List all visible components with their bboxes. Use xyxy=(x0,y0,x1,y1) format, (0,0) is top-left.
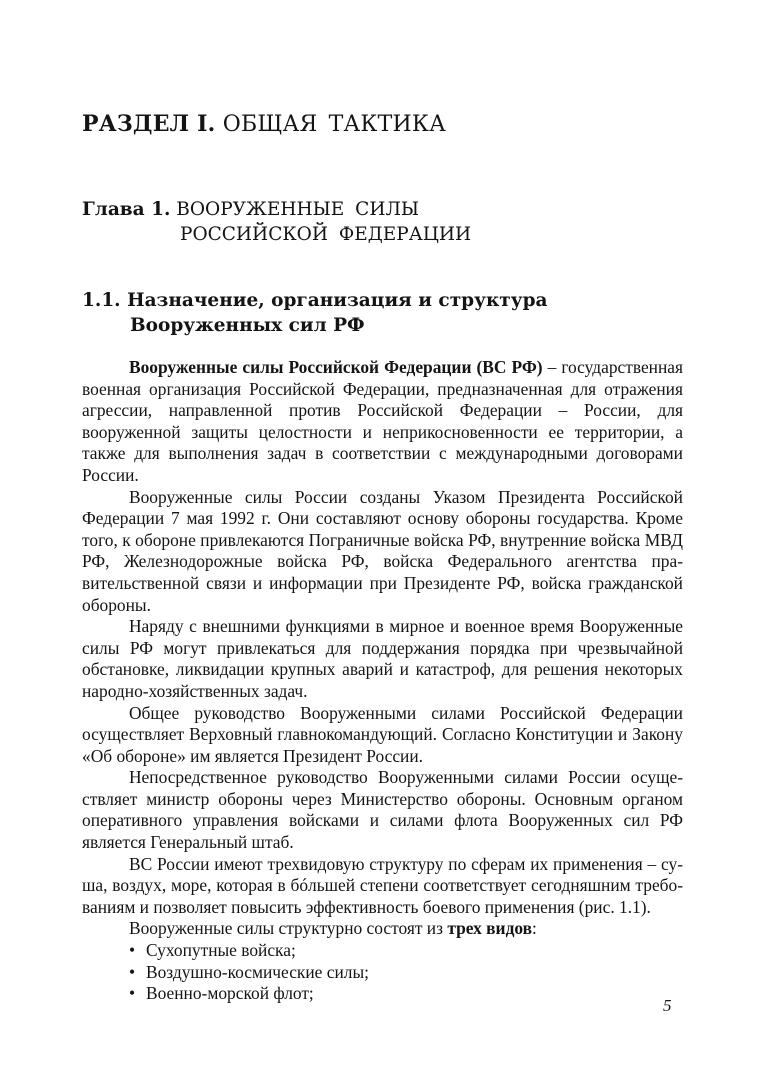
paragraph: Общее руководство Вооруженными силами Ро… xyxy=(82,703,683,768)
book-page: РАЗДЕЛ I. ОБЩАЯ ТАКТИКА Глава 1. ВООРУЖЕ… xyxy=(0,0,763,1080)
section-number: 1.1. xyxy=(82,290,121,311)
chapter-label: Глава 1. xyxy=(82,199,170,220)
section-heading: 1.1. Назначение, организация и структура… xyxy=(82,288,548,338)
part-heading: РАЗДЕЛ I. ОБЩАЯ ТАКТИКА xyxy=(82,109,446,140)
body-text: Вооруженные силы Российской Федерации (В… xyxy=(82,357,683,1005)
list-item-text: Сухопутные войска; xyxy=(146,940,296,960)
chapter-title-line2: РОССИЙСКОЙ ФЕДЕРАЦИИ xyxy=(82,222,471,247)
list-item: • Военно-морской флот; xyxy=(82,983,683,1005)
list-item: • Сухопутные войска; xyxy=(82,940,683,962)
bullet-icon: • xyxy=(129,940,135,962)
part-label: РАЗДЕЛ I. xyxy=(82,111,216,137)
chapter-title-line1: ВООРУЖЕННЫЕ СИЛЫ xyxy=(176,199,419,220)
page-number: 5 xyxy=(663,996,672,1016)
section-title-line2: Вооруженных сил РФ xyxy=(82,313,548,338)
paragraph-text: Вооруженные силы структурно состоят из xyxy=(129,918,447,938)
list-item-text: Воздушно-космические силы; xyxy=(146,962,369,982)
paragraph: Вооруженные силы структурно состоят из т… xyxy=(82,918,683,940)
paragraph: Наряду с внешними функциями в мирное и в… xyxy=(82,616,683,702)
list-item-text: Военно-морской флот; xyxy=(146,983,314,1003)
paragraph-text: : xyxy=(532,918,537,938)
part-title: ОБЩАЯ ТАКТИКА xyxy=(223,112,446,137)
emphasis: трех видов xyxy=(447,918,532,938)
paragraph: Вооруженные силы России созданы Указом П… xyxy=(82,487,683,617)
bullet-icon: • xyxy=(129,983,135,1005)
bullet-icon: • xyxy=(129,962,135,984)
defined-term: Вооруженные силы Российской Федерации (В… xyxy=(129,357,543,377)
paragraph: Непосредственное руководство Вооруженным… xyxy=(82,767,683,853)
paragraph: ВС России имеют трехвидовую структуру по… xyxy=(82,854,683,919)
chapter-heading: Глава 1. ВООРУЖЕННЫЕ СИЛЫ РОССИЙСКОЙ ФЕД… xyxy=(82,197,471,247)
list-item: • Воздушно-космические силы; xyxy=(82,962,683,984)
paragraph: Вооруженные силы Российской Федерации (В… xyxy=(82,357,683,487)
section-title-line1: Назначение, организация и структура xyxy=(127,290,547,311)
bullet-list: • Сухопутные войска; • Воздушно-космичес… xyxy=(82,940,683,1005)
